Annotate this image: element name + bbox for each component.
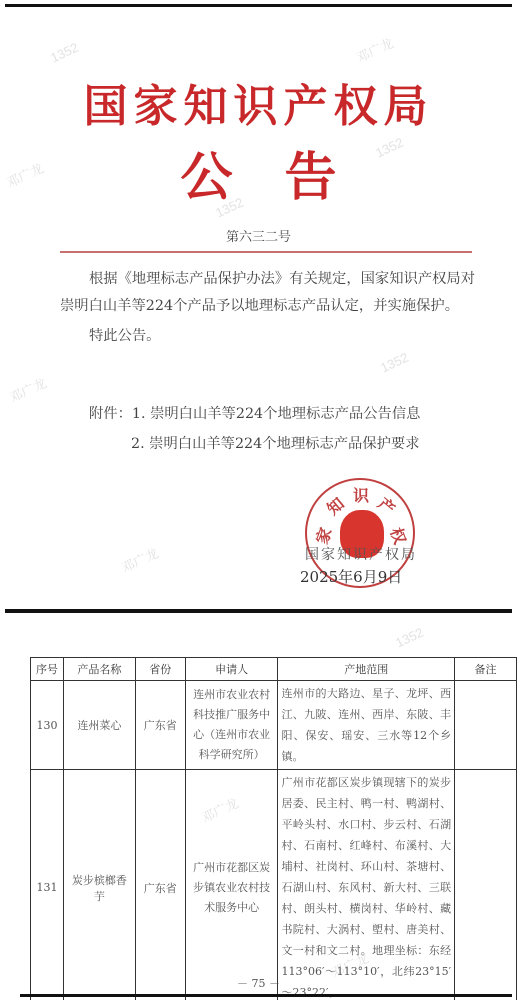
cell-product-name: 炭步槟榔香芋 (63, 770, 135, 1000)
watermark: 邓广龙 (353, 33, 396, 67)
seal-char: 识 (353, 483, 369, 506)
watermark: 1352 (393, 625, 426, 651)
cell-applicant: 连州市农业农村科技推广服务中心（连州市农业科学研究所） (185, 681, 278, 770)
watermark: 邓广龙 (118, 543, 161, 577)
cell-no: 130 (31, 681, 64, 770)
header-product-name: 产品名称 (63, 658, 135, 681)
signing-agency: 国家知识产权局 (305, 544, 417, 564)
table-header-row: 序号 产品名称 省份 申请人 产地范围 备注 (31, 658, 517, 681)
page-separator-rule (5, 609, 512, 613)
attachment-item: 1. 崇明白山羊等224个地理标志产品公告信息 (132, 406, 421, 422)
cell-applicant: 广州市花都区炭步镇农业农村技术服务中心 (185, 770, 278, 1000)
cell-note (455, 770, 517, 1000)
table-row: 130 连州菜心 广东省 连州市农业农村科技推广服务中心（连州市农业科学研究所）… (31, 681, 517, 770)
cell-no: 131 (31, 770, 64, 1000)
watermark: 1352 (48, 40, 81, 66)
red-divider (60, 251, 472, 253)
attachments-label: 附件： (89, 406, 132, 422)
page-number: － 75 － (0, 975, 517, 991)
body-paragraph: 特此公告。 (60, 323, 475, 350)
seal-char: 知 (321, 492, 348, 520)
header-note: 备注 (455, 658, 517, 681)
header-applicant: 申请人 (185, 658, 278, 681)
body-paragraph: 根据《地理标志产品保护办法》有关规定，国家知识产权局对崇明白山羊等224个产品予… (60, 266, 475, 320)
watermark: 1352 (378, 350, 411, 376)
cell-origin-range: 连州市的大路边、星子、龙坪、西江、九陂、连州、西岸、东陂、丰阳、保安、瑶安、三水… (278, 681, 455, 770)
attachment-item: 2. 崇明白山羊等224个地理标志产品保护要求 (131, 436, 420, 452)
attachment-line: 附件：1. 崇明白山羊等224个地理标志产品公告信息 (89, 403, 420, 423)
bottom-border-rule (20, 994, 512, 997)
cell-origin-range: 广州市花都区炭步镇现辖下的炭步居委、民主村、鸭一村、鸭湖村、平岭头村、水口村、步… (278, 770, 455, 1000)
attachment-line: 2. 崇明白山羊等224个地理标志产品保护要求 (131, 433, 420, 453)
product-table: 序号 产品名称 省份 申请人 产地范围 备注 130 连州菜心 广东省 连州市农… (30, 657, 517, 1000)
cell-note (455, 681, 517, 770)
agency-title: 国家知识产权局 (0, 70, 517, 134)
cell-province: 广东省 (135, 681, 185, 770)
announcement-body: 根据《地理标志产品保护办法》有关规定，国家知识产权局对崇明白山羊等224个产品予… (60, 266, 475, 350)
watermark: 邓广龙 (6, 373, 49, 407)
issue-date: 2025年6月9日 (300, 566, 402, 587)
cell-product-name: 连州菜心 (63, 681, 135, 770)
top-border-rule (5, 4, 512, 7)
doc-type-title: 公告 (0, 135, 517, 210)
table-row: 131 炭步槟榔香芋 广东省 广州市花都区炭步镇农业农村技术服务中心 广州市花都… (31, 770, 517, 1000)
cell-province: 广东省 (135, 770, 185, 1000)
header-no: 序号 (31, 658, 64, 681)
doc-number: 第六三二号 (0, 226, 517, 245)
header-province: 省份 (135, 658, 185, 681)
header-origin-range: 产地范围 (278, 658, 455, 681)
